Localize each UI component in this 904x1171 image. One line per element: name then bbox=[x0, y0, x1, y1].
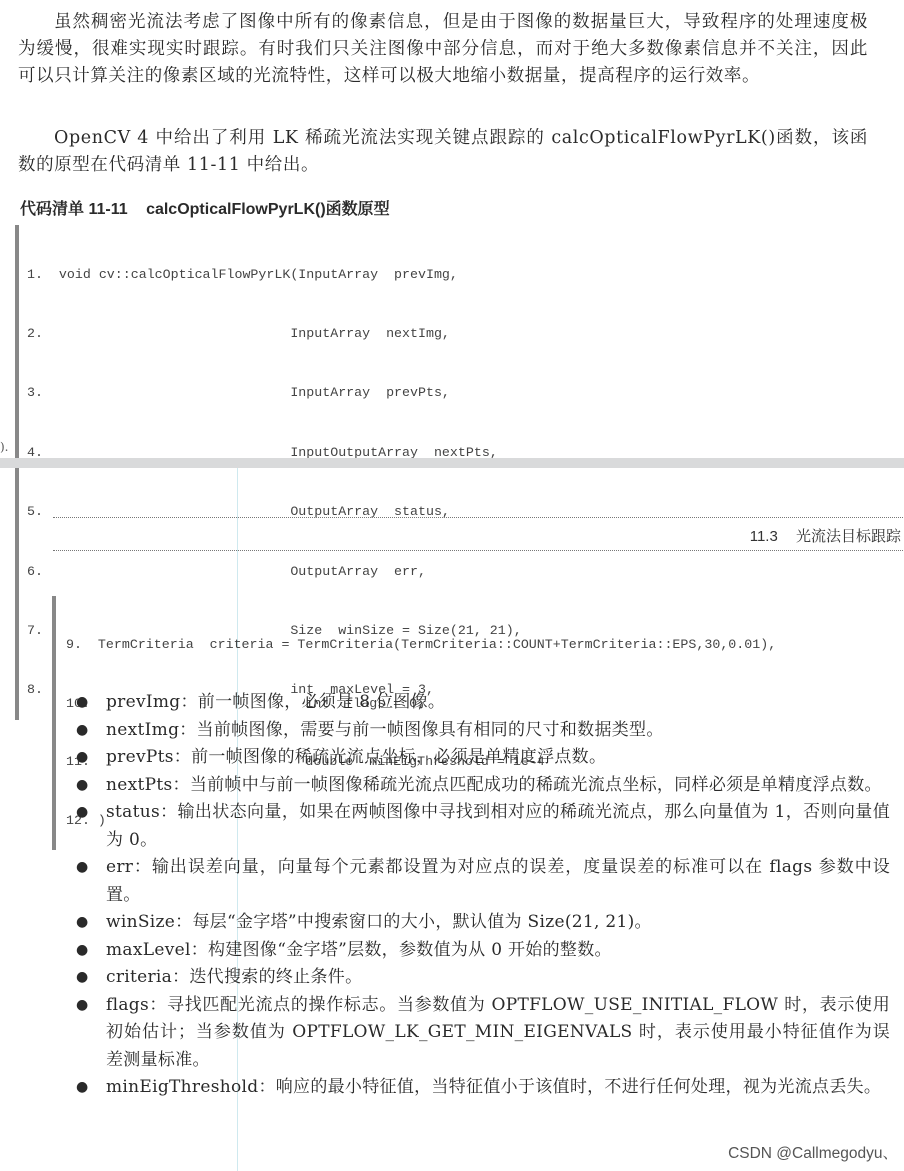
param-name: prevImg bbox=[106, 692, 181, 712]
code-line: 9. TermCriteria criteria = TermCriteria(… bbox=[66, 635, 776, 655]
running-head: 11.3 光流法目标跟踪 bbox=[750, 525, 901, 546]
param-desc: ：迭代搜索的终止条件。 bbox=[172, 967, 362, 987]
bullet-icon: ● bbox=[76, 1074, 89, 1102]
bullet-icon: ● bbox=[76, 854, 89, 882]
param-desc: ：响应的最小特征值，当特征值小于该值时，不进行任何处理，视为光流点丢失。 bbox=[258, 1077, 881, 1097]
listing-title: calcOpticalFlowPyrLK()函数原型 bbox=[146, 201, 390, 218]
param-name: criteria bbox=[106, 967, 172, 987]
param-name: err bbox=[106, 857, 133, 877]
list-item: ●err：输出误差向量，向量每个元素都设置为对应点的误差，度量误差的标准可以在 … bbox=[90, 854, 890, 909]
header-rule-top bbox=[53, 517, 903, 518]
page-separator bbox=[0, 458, 904, 468]
watermark: CSDN @Callmegodyu、 bbox=[728, 1141, 898, 1163]
param-name: minEigThreshold bbox=[106, 1077, 258, 1097]
listing-number: 代码清单 11-11 bbox=[20, 201, 128, 218]
param-desc: ：寻找匹配光流点的操作标志。当参数值为 OPTFLOW_USE_INITIAL_… bbox=[106, 995, 890, 1070]
section-number: 11.3 bbox=[750, 528, 778, 545]
section-title: 光流法目标跟踪 bbox=[796, 528, 901, 545]
param-name: maxLevel bbox=[106, 940, 191, 960]
listing-caption: 代码清单 11-11 calcOpticalFlowPyrLK()函数原型 bbox=[20, 196, 390, 219]
param-desc: ：当前帧中与前一帧图像稀疏光流点匹配成功的稀疏光流点坐标，同样必须是单精度浮点数… bbox=[173, 775, 882, 795]
param-desc: ：输出状态向量，如果在两帧图像中寻找到相对应的稀疏光流点，那么向量值为 1，否则… bbox=[106, 802, 890, 850]
function-intro-paragraph: OpenCV 4 中给出了利用 LK 稀疏光流法实现关键点跟踪的 calcOpt… bbox=[18, 125, 868, 179]
param-desc: ：当前帧图像，需要与前一帧图像具有相同的尺寸和数据类型。 bbox=[179, 720, 663, 740]
list-item: ●nextPts：当前帧中与前一帧图像稀疏光流点匹配成功的稀疏光流点坐标，同样必… bbox=[90, 772, 890, 800]
intro-paragraph: 虽然稠密光流法考虑了图像中所有的像素信息，但是由于图像的数据量巨大，导致程序的处… bbox=[18, 9, 868, 90]
param-name: prevPts bbox=[106, 747, 174, 767]
list-item: ●maxLevel：构建图像“金字塔”层数，参数值为从 0 开始的整数。 bbox=[90, 937, 890, 965]
param-name: winSize bbox=[106, 912, 175, 932]
code-line: 2. InputArray nextImg, bbox=[27, 324, 522, 344]
list-item: ●prevImg：前一帧图像，必须是 8 位图像。 bbox=[90, 689, 890, 717]
param-desc: ：每层“金字塔”中搜索窗口的大小，默认值为 Size(21, 21)。 bbox=[175, 912, 652, 932]
list-item: ●nextImg：当前帧图像，需要与前一帧图像具有相同的尺寸和数据类型。 bbox=[90, 717, 890, 745]
param-desc: ：前一帧图像的稀疏光流点坐标，必须是单精度浮点数。 bbox=[174, 747, 607, 767]
bullet-icon: ● bbox=[76, 744, 89, 772]
param-desc: ：输出误差向量，向量每个元素都设置为对应点的误差，度量误差的标准可以在 flag… bbox=[106, 857, 890, 905]
param-name: nextImg bbox=[106, 720, 179, 740]
list-item: ●status：输出状态向量，如果在两帧图像中寻找到相对应的稀疏光流点，那么向量… bbox=[90, 799, 890, 854]
list-item: ●flags：寻找匹配光流点的操作标志。当参数值为 OPTFLOW_USE_IN… bbox=[90, 992, 890, 1075]
bullet-icon: ● bbox=[76, 772, 89, 800]
stray-mark: ). bbox=[0, 440, 9, 454]
parameter-list: ●prevImg：前一帧图像，必须是 8 位图像。 ●nextImg：当前帧图像… bbox=[90, 689, 890, 1102]
list-item: ●winSize：每层“金字塔”中搜索窗口的大小，默认值为 Size(21, 2… bbox=[90, 909, 890, 937]
bullet-icon: ● bbox=[76, 689, 89, 717]
bullet-icon: ● bbox=[76, 937, 89, 965]
bullet-icon: ● bbox=[76, 909, 89, 937]
param-desc: ：前一帧图像，必须是 8 位图像。 bbox=[181, 692, 446, 712]
bullet-icon: ● bbox=[76, 799, 89, 827]
param-name: nextPts bbox=[106, 775, 173, 795]
param-name: flags bbox=[106, 995, 149, 1015]
code-line: 1. void cv::calcOpticalFlowPyrLK(InputAr… bbox=[27, 265, 522, 285]
list-item: ●prevPts：前一帧图像的稀疏光流点坐标，必须是单精度浮点数。 bbox=[90, 744, 890, 772]
header-rule-bottom bbox=[53, 550, 903, 551]
bullet-icon: ● bbox=[76, 964, 89, 992]
code-line: 3. InputArray prevPts, bbox=[27, 383, 522, 403]
bullet-icon: ● bbox=[76, 717, 89, 745]
list-item: ●criteria：迭代搜索的终止条件。 bbox=[90, 964, 890, 992]
list-item: ●minEigThreshold：响应的最小特征值，当特征值小于该值时，不进行任… bbox=[90, 1074, 890, 1102]
param-name: status bbox=[106, 802, 160, 822]
param-desc: ：构建图像“金字塔”层数，参数值为从 0 开始的整数。 bbox=[191, 940, 612, 960]
bullet-icon: ● bbox=[76, 992, 89, 1020]
